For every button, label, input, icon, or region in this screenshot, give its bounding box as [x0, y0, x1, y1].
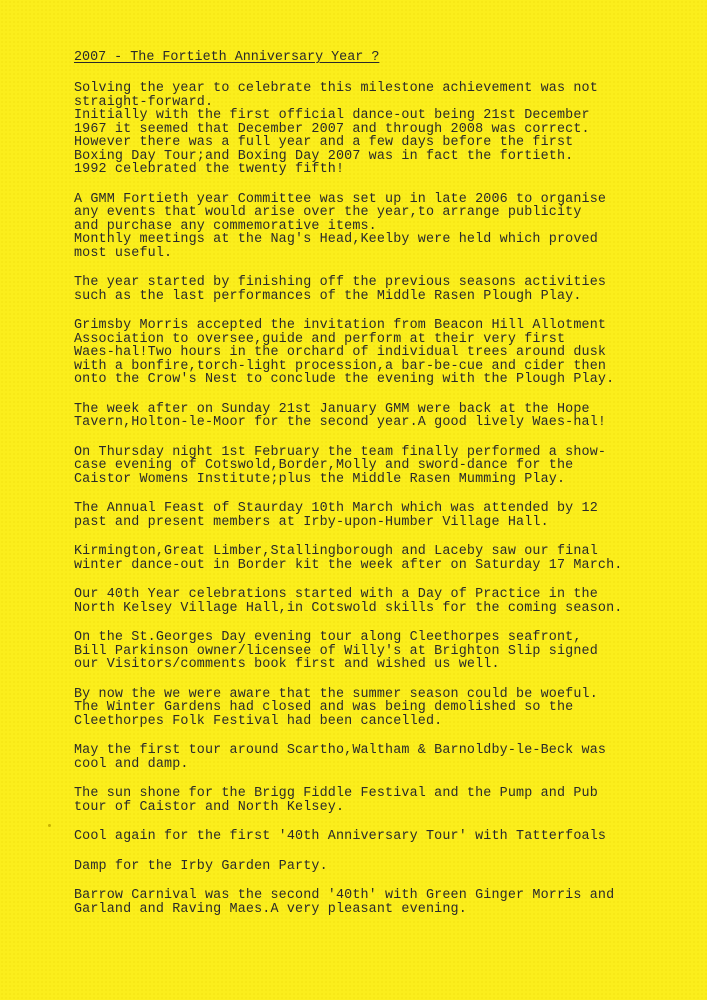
paragraph-gap: [74, 529, 674, 545]
text-line: On the St.Georges Day evening tour along…: [74, 631, 674, 645]
paragraph: The year started by finishing off the pr…: [74, 276, 674, 303]
text-line: winter dance-out in Border kit the week …: [74, 559, 674, 573]
text-line: Damp for the Irby Garden Party.: [74, 860, 674, 874]
text-line: case evening of Cotswold,Border,Molly an…: [74, 459, 674, 473]
text-line: any events that would arise over the yea…: [74, 206, 674, 220]
paragraph: On the St.Georges Day evening tour along…: [74, 631, 674, 672]
text-line: The year started by finishing off the pr…: [74, 276, 674, 290]
paragraph: By now the we were aware that the summer…: [74, 688, 674, 729]
text-line: our Visitors/comments book first and wis…: [74, 658, 674, 672]
paragraph: Grimsby Morris accepted the invitation f…: [74, 319, 674, 387]
text-line: Solving the year to celebrate this miles…: [74, 82, 674, 96]
paragraph-gap: [74, 844, 674, 860]
text-line: tour of Caistor and North Kelsey.: [74, 801, 674, 815]
paragraph: May the first tour around Scartho,Waltha…: [74, 744, 674, 771]
paragraph: Solving the year to celebrate this miles…: [74, 82, 674, 177]
text-line: May the first tour around Scartho,Waltha…: [74, 744, 674, 758]
text-line: such as the last performances of the Mid…: [74, 290, 674, 304]
text-line: Tavern,Holton-le-Moor for the second yea…: [74, 416, 674, 430]
paragraph-gap: [74, 728, 674, 744]
paragraph-gap: [74, 814, 674, 830]
text-line: Association to oversee,guide and perform…: [74, 333, 674, 347]
paragraph-gap: [74, 572, 674, 588]
paragraph-gap: [74, 771, 674, 787]
text-line: Waes-hal!Two hours in the orchard of ind…: [74, 346, 674, 360]
text-line: Grimsby Morris accepted the invitation f…: [74, 319, 674, 333]
paragraph-gap: [74, 177, 674, 193]
paragraph-gap: [74, 486, 674, 502]
document-page: 2007 - The Fortieth Anniversary Year ? S…: [74, 50, 674, 916]
paragraph: A GMM Fortieth year Committee was set up…: [74, 193, 674, 261]
text-line: Kirmington,Great Limber,Stallingborough …: [74, 545, 674, 559]
paragraph-gap: [74, 672, 674, 688]
text-line: straight-forward.: [74, 96, 674, 110]
paragraph: Our 40th Year celebrations started with …: [74, 588, 674, 615]
paragraph-gap: [74, 430, 674, 446]
text-line: with a bonfire,torch-light procession,a …: [74, 360, 674, 374]
text-line: onto the Crow's Nest to conclude the eve…: [74, 373, 674, 387]
text-line: The sun shone for the Brigg Fiddle Festi…: [74, 787, 674, 801]
scan-speck: [48, 824, 51, 827]
paragraph: The week after on Sunday 21st January GM…: [74, 403, 674, 430]
text-line: most useful.: [74, 247, 674, 261]
paragraph: Barrow Carnival was the second '40th' wi…: [74, 889, 674, 916]
text-line: A GMM Fortieth year Committee was set up…: [74, 193, 674, 207]
paragraph: Damp for the Irby Garden Party.: [74, 860, 674, 874]
text-line: and purchase any commemorative items.: [74, 220, 674, 234]
paragraph-gap: [74, 260, 674, 276]
text-line: Cleethorpes Folk Festival had been cance…: [74, 715, 674, 729]
paragraph-gap: [74, 873, 674, 889]
text-line: Bill Parkinson owner/licensee of Willy's…: [74, 645, 674, 659]
text-line: cool and damp.: [74, 758, 674, 772]
paragraph: Cool again for the first '40th Anniversa…: [74, 830, 674, 844]
text-line: The week after on Sunday 21st January GM…: [74, 403, 674, 417]
text-line: Boxing Day Tour;and Boxing Day 2007 was …: [74, 150, 674, 164]
paragraph-gap: [74, 387, 674, 403]
text-line: Our 40th Year celebrations started with …: [74, 588, 674, 602]
text-line: Initially with the first official dance-…: [74, 109, 674, 123]
document-body: Solving the year to celebrate this miles…: [74, 82, 674, 916]
text-line: Monthly meetings at the Nag's Head,Keelb…: [74, 233, 674, 247]
text-line: North Kelsey Village Hall,in Cotswold sk…: [74, 602, 674, 616]
paragraph: On Thursday night 1st February the team …: [74, 446, 674, 487]
document-title: 2007 - The Fortieth Anniversary Year ?: [74, 50, 674, 66]
text-line: 1992 celebrated the twenty fifth!: [74, 163, 674, 177]
paragraph-gap: [74, 303, 674, 319]
text-line: The Winter Gardens had closed and was be…: [74, 701, 674, 715]
text-line: Cool again for the first '40th Anniversa…: [74, 830, 674, 844]
paragraph-gap: [74, 615, 674, 631]
text-line: However there was a full year and a few …: [74, 136, 674, 150]
text-line: Barrow Carnival was the second '40th' wi…: [74, 889, 674, 903]
text-line: The Annual Feast of Staurday 10th March …: [74, 502, 674, 516]
paragraph: The Annual Feast of Staurday 10th March …: [74, 502, 674, 529]
paragraph: The sun shone for the Brigg Fiddle Festi…: [74, 787, 674, 814]
text-line: past and present members at Irby-upon-Hu…: [74, 516, 674, 530]
paragraph: Kirmington,Great Limber,Stallingborough …: [74, 545, 674, 572]
text-line: 1967 it seemed that December 2007 and th…: [74, 123, 674, 137]
text-line: Garland and Raving Maes.A very pleasant …: [74, 903, 674, 917]
text-line: Caistor Womens Institute;plus the Middle…: [74, 473, 674, 487]
text-line: By now the we were aware that the summer…: [74, 688, 674, 702]
text-line: On Thursday night 1st February the team …: [74, 446, 674, 460]
